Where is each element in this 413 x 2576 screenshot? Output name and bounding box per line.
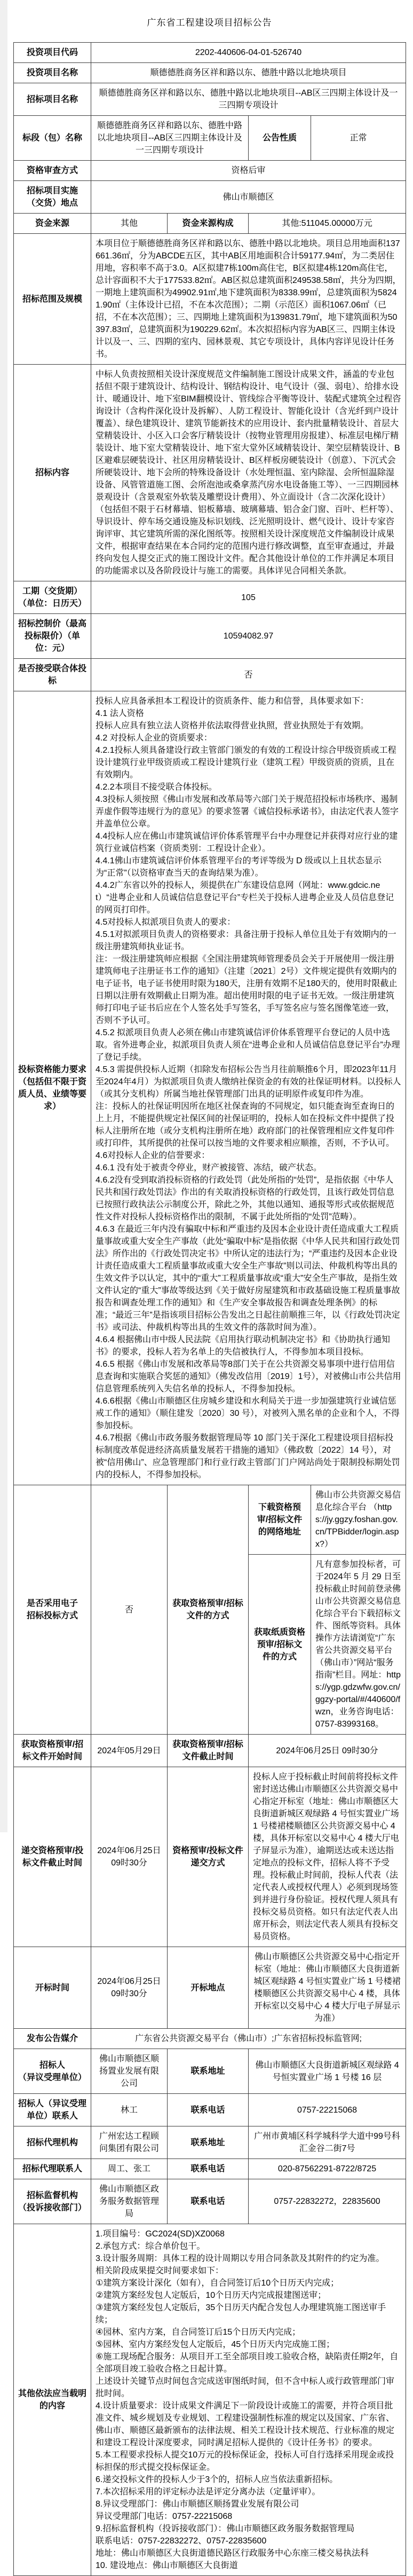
label-bid-opening-place: 开标地点 xyxy=(168,1947,249,2029)
value-qualification-review-method: 资格后审 xyxy=(91,161,406,181)
label-agency-address: 联系地址 xyxy=(168,2126,249,2159)
table-row: 招标项目实施 （交货）地点 佛山市顺德区 xyxy=(14,181,406,214)
table-row: 是否采用电子 招标投标方式 否 获取资格预审/招标文件的方式 下载资格预审/招标… xyxy=(14,1485,406,1555)
value-accept-consortium: 否 xyxy=(91,659,406,691)
value-tender-project-name: 顺德德胜商务区祥和路以东、德胜中路以北地块项目--AB区三四期主体设计及一三四期… xyxy=(91,83,406,116)
label-download-documents-url: 下载资格预审/招标文件的网络地址 xyxy=(249,1485,311,1555)
label-agency-contact: 招标代理联系人 xyxy=(14,2159,91,2179)
value-bid-opening-time: 2024年06月25日09时30分 xyxy=(91,1947,168,2029)
value-agency-address: 广州市黄埔区科学城科学大道中99号科汇金谷二街7号 xyxy=(249,2126,406,2159)
value-other-required-content: 1.项目编号：GC2024(SD)XZ0068 2.承包方式：综合单价包干。 3… xyxy=(91,2224,406,2576)
label-tenderee-contact: 招标人（异议受理单位）联系人 xyxy=(14,2094,91,2126)
table-row: 获取资格预审/招标文件开始时间 2024年05月29日 获取资格预审/招标文件截… xyxy=(14,1735,406,1767)
label-tender-content: 招标内容 xyxy=(14,365,91,581)
table-row: 标段（包）名称 顺德德胜商务区祥和路以东、德胜中路以北地块项目--AB区三四期主… xyxy=(14,116,406,161)
value-section-name: 顺德德胜商务区祥和路以东、德胜中路以北地块项目--AB区三四期主体设计及一三四期… xyxy=(91,116,249,161)
table-row: 资金来源 其他 资金来源构成 其他:511045.00000万元 xyxy=(14,214,406,234)
label-investment-project-name: 投资项目名称 xyxy=(14,63,91,83)
table-row: 招标控制价（最高投标限价）（单位：元） 10594082.97 xyxy=(14,614,406,659)
table-row: 招标代理联系人 周工、张工 联系电话 020-87562291-8722/872… xyxy=(14,2159,406,2179)
label-tenderee-phone: 联系电话 xyxy=(168,2094,249,2126)
value-obtain-end-time: 2024年06月25日 09时30分 xyxy=(249,1735,406,1767)
label-duration: 工期（交货期） （单位：日历天） xyxy=(14,581,91,614)
tender-announcement-page: 广东省工程建设项目招标公告 投资项目代码 2202-440606-04-01-5… xyxy=(0,15,413,2576)
label-submission-method: 资格预审/投标文件递交方式 xyxy=(168,1767,249,1947)
value-project-code: 2202-440606-04-01-526740 xyxy=(91,43,406,63)
value-agency: 广州宏达工程顾问集团有限公司 xyxy=(91,2126,168,2159)
label-other-required-content: 其他依法应当载明 的内容 xyxy=(14,2224,91,2576)
table-row: 投资项目代码 2202-440606-04-01-526740 xyxy=(14,43,406,63)
label-agency-phone: 联系电话 xyxy=(168,2159,249,2179)
table-row: 开标时间 2024年06月25日09时30分 开标地点 佛山市顺德区公共资源交易… xyxy=(14,1947,406,2029)
label-funding-source: 资金来源 xyxy=(14,214,91,234)
value-investment-project-name: 顺德德胜商务区祥和路以东、德胜中路以北地块项目 xyxy=(91,63,406,83)
table-row: 招标内容 中标人负责按照相关设计深度规范文件编制施工图设计成果文件，涵盖的专业包… xyxy=(14,365,406,581)
value-obtain-start-time: 2024年05月29日 xyxy=(91,1735,168,1767)
value-submission-method: 投标人应于投标截止时间前将投标文件密封送达佛山市顺德区公共资源交易中心指定开标室… xyxy=(249,1767,406,1947)
value-tender-scope: 本项目位于顺德德胜商务区祥和路以东、德胜中路以北地块。项目总用地面积137661… xyxy=(91,234,406,365)
value-duration: 105 xyxy=(91,581,406,614)
label-control-price: 招标控制价（最高投标限价）（单位：元） xyxy=(14,614,91,659)
value-tenderee-address: 佛山市顺德区大良街道新城区观绿路 4 号恒实置业广场 1 号楼 16 层 xyxy=(249,2049,406,2094)
value-tenderee: 佛山市顺德区顺扬置业发展有限公司 xyxy=(91,2049,168,2094)
label-announcement-media: 发布公告媒介 xyxy=(14,2029,91,2049)
table-row: 投资项目名称 顺德德胜商务区祥和路以东、德胜中路以北地块项目 xyxy=(14,63,406,83)
value-tenderee-phone: 0757-22215068 xyxy=(249,2094,406,2126)
table-row: 递交资格预审/投标文件截止时间 2024年06月25日09时30分 资格预审/投… xyxy=(14,1767,406,1947)
value-supervision-authority: 佛山市顺德区政务服务数据管理局 xyxy=(91,2179,168,2224)
table-row: 资格审查方式 资格后审 xyxy=(14,161,406,181)
label-section-name: 标段（包）名称 xyxy=(14,116,91,161)
table-row: 招标项目名称 顺德德胜商务区祥和路以东、德胜中路以北地块项目--AB区三四期主体… xyxy=(14,83,406,116)
value-funding-source: 其他 xyxy=(91,214,168,234)
label-delivery-location: 招标项目实施 （交货）地点 xyxy=(14,181,91,214)
label-notice-nature: 公告性质 xyxy=(249,116,311,161)
label-bid-opening-time: 开标时间 xyxy=(14,1947,91,2029)
value-submission-deadline: 2024年06月25日09时30分 xyxy=(91,1767,168,1947)
value-tender-content: 中标人负责按照相关设计深度规范文件编制施工图设计成果文件，涵盖的专业包括但不限于… xyxy=(91,365,406,581)
value-supervision-phone: 0757-22832272，22835600 xyxy=(249,2179,406,2224)
value-control-price: 10594082.97 xyxy=(91,614,406,659)
label-paper-documents-method: 获取纸质资格预审/招标文件的方式 xyxy=(249,1555,311,1735)
label-electronic-bidding: 是否采用电子 招标投标方式 xyxy=(14,1485,91,1735)
value-notice-nature: 正常 xyxy=(311,116,406,161)
table-row: 投标资格能力要求（包括但不限于资质人员、业绩等要求） 投标人应具备承担本工程设计… xyxy=(14,691,406,1485)
label-submission-deadline: 递交资格预审/投标文件截止时间 xyxy=(14,1767,91,1947)
label-obtain-end-time: 获取资格预审/招标文件截止时间 xyxy=(168,1735,249,1767)
label-agency: 招标代理机构 xyxy=(14,2126,91,2159)
table-row: 发布公告媒介 广东省公共资源交易平台（佛山市）;广东省招标投标监管网; xyxy=(14,2029,406,2049)
label-tender-project-name: 招标项目名称 xyxy=(14,83,91,116)
value-announcement-media: 广东省公共资源交易平台（佛山市）;广东省招标投标监管网; xyxy=(91,2029,406,2049)
value-delivery-location: 佛山市顺德区 xyxy=(91,181,406,214)
label-qualification-review-method: 资格审查方式 xyxy=(14,161,91,181)
label-supervision-authority: 招标监督机构 （投诉接收部门） xyxy=(14,2179,91,2224)
value-bidder-qualification-requirements: 投标人应具备承担本工程设计的资质条件、能力和信誉，具体要求如下： 4.1 法人资… xyxy=(91,691,406,1485)
table-row: 工期（交货期） （单位：日历天） 105 xyxy=(14,581,406,614)
value-paper-documents-method: 凡有意参加投标者，可于2024年 5 月 29 日至投标截止时间前登录佛山市公共… xyxy=(311,1555,406,1735)
label-accept-consortium: 是否接受联合体投标 xyxy=(14,659,91,691)
table-row: 招标范围及规模 本项目位于顺德德胜商务区祥和路以东、德胜中路以北地块。项目总用地… xyxy=(14,234,406,365)
table-row: 其他依法应当载明 的内容 1.项目编号：GC2024(SD)XZ0068 2.承… xyxy=(14,2224,406,2576)
label-bidder-qualification-requirements: 投标资格能力要求（包括但不限于资质人员、业绩等要求） xyxy=(14,691,91,1485)
value-funding-composition: 其他:511045.00000万元 xyxy=(249,214,406,234)
label-obtain-documents-method: 获取资格预审/招标文件的方式 xyxy=(168,1485,249,1735)
value-agency-contact: 周工、张工 xyxy=(91,2159,168,2179)
label-tenderee: 招标人 （异议受理单位） xyxy=(14,2049,91,2094)
label-obtain-start-time: 获取资格预审/招标文件开始时间 xyxy=(14,1735,91,1767)
value-tenderee-contact: 林工 xyxy=(91,2094,168,2126)
table-row: 是否接受联合体投标 否 xyxy=(14,659,406,691)
label-tender-scope: 招标范围及规模 xyxy=(14,234,91,365)
table-row: 招标代理机构 广州宏达工程顾问集团有限公司 联系地址 广州市黄埔区科学城科学大道… xyxy=(14,2126,406,2159)
label-supervision-phone: 联系电话 xyxy=(168,2179,249,2224)
label-project-code: 投资项目代码 xyxy=(14,43,91,63)
table-row: 招标监督机构 （投诉接收部门） 佛山市顺德区政务服务数据管理局 联系电话 075… xyxy=(14,2179,406,2224)
value-bid-opening-place: 佛山市顺德区公共资源交易中心指定开标室（地址：佛山市顺德区大良街道新城区观绿路 … xyxy=(249,1947,406,2029)
table-row: 招标人 （异议受理单位） 佛山市顺德区顺扬置业发展有限公司 联系地址 佛山市顺德… xyxy=(14,2049,406,2094)
value-download-documents-url: 佛山市公共资源交易信息化综合平台 （https://jy.ggzy.foshan… xyxy=(311,1485,406,1555)
label-funding-composition: 资金来源构成 xyxy=(168,214,249,234)
tender-announcement-table: 投资项目代码 2202-440606-04-01-526740 投资项目名称 顺… xyxy=(13,42,406,2576)
value-electronic-bidding: 否 xyxy=(91,1485,168,1735)
label-tenderee-address: 联系地址 xyxy=(168,2049,249,2094)
value-agency-phone: 020-87562291-8722/8725 xyxy=(249,2159,406,2179)
table-row: 招标人（异议受理单位）联系人 林工 联系电话 0757-22215068 xyxy=(14,2094,406,2126)
page-title: 广东省工程建设项目招标公告 xyxy=(13,15,406,28)
